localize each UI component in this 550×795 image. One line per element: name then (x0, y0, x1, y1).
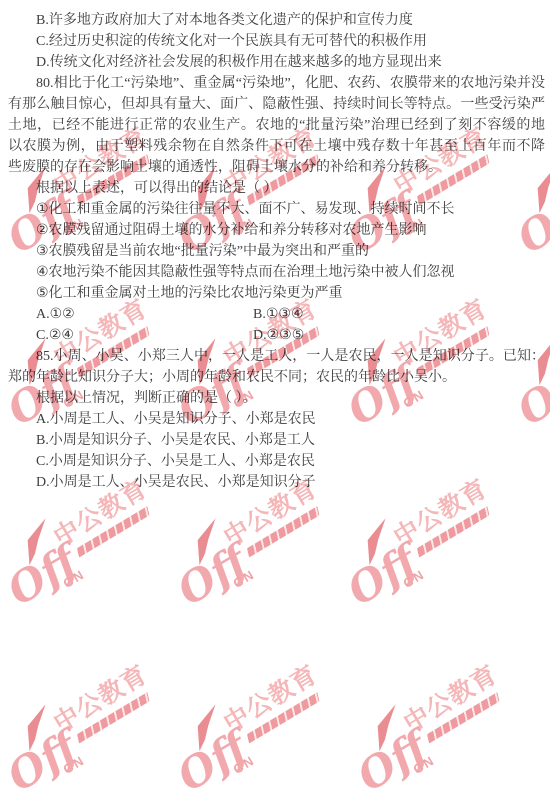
document-page: B.许多地方政府加大了对本地各类文化遗产的保护和宣传力度 C.经过历史积淀的传统… (0, 0, 550, 795)
q80-option-b: B.①③④ (253, 304, 545, 325)
offcn-cn-label: CN (401, 567, 427, 590)
wing-icon (353, 518, 402, 565)
q80-stem-line-3: 土地，已经不能进行正常的农业生产。农地的“批量污染”治理已经到了刻不容缓的地步。 (0, 115, 550, 136)
q80-stem-line-1: 80.相比于化工“污染地”、重金属“污染地”，化肥、农药、农膜带来的农地污染并没 (0, 73, 550, 94)
wing-icon (183, 704, 232, 751)
wing-icon (183, 518, 232, 565)
offcn-cn-label: CN (231, 753, 257, 776)
wing-icon (363, 704, 412, 751)
q80-statement-1: ①化工和重金属的污染往往量不大、面不广、易发现、持续时间不长 (0, 199, 550, 220)
q80-stem-line-5: 些废膜的存在会影响土壤的通透性，阻碍土壤水分的补给和养分转移。 (0, 157, 550, 178)
offcn-wordmark-cjk: 中公教育 (220, 662, 322, 737)
offcn-script-logo: Off (1, 540, 84, 613)
offcn-cn-label: CN (61, 567, 87, 590)
offcn-watermark: OffCN中公教育 (0, 492, 170, 602)
q85-option-b: B.小周是知识分子、小吴是农民、小郑是工人 (0, 430, 550, 451)
text-content: B.许多地方政府加大了对本地各类文化遗产的保护和宣传力度 C.经过历史积淀的传统… (0, 10, 550, 493)
q85-prompt-line: 根据以上情况，判断正确的是（ ）。 (0, 388, 550, 409)
q85-stem-line-1: 85.小周、小吴、小郑三人中，一人是工人，一人是农民，一人是知识分子。已知：小 (0, 346, 550, 367)
q80-statement-2: ②农膜残留通过阻碍土壤的水分补给和养分转移对农地产生影响 (0, 220, 550, 241)
wing-icon (13, 704, 62, 751)
q80-prompt-line: 根据以上表述，可以得出的结论是（ ） (0, 178, 550, 199)
offcn-script-logo: Off (341, 540, 424, 613)
q80-stem-line-2: 有那么触目惊心，但却具有量大、面广、隐蔽性强、持续时间长等特点。一些受污染严重的 (0, 94, 550, 115)
offcn-slogan-ribbon (247, 506, 319, 557)
q80-statement-5: ⑤化工和重金属对土地的污染比农地污染更为严重 (0, 283, 550, 304)
q85-option-c: C.小周是知识分子、小吴是工人、小郑是农民 (0, 451, 550, 472)
offcn-slogan-ribbon (427, 692, 499, 743)
q85-option-d: D.小周是工人、小吴是农民、小郑是知识分子 (0, 472, 550, 493)
offcn-wordmark-cjk: 中公教育 (50, 662, 152, 737)
offcn-watermark: OffCN中公教育 (170, 678, 340, 788)
offcn-script-logo: Off (171, 540, 254, 613)
q79-option-b-line: B.许多地方政府加大了对本地各类文化遗产的保护和宣传力度 (0, 10, 550, 31)
q80-option-d: D.②③⑤ (253, 325, 545, 346)
q79-option-c-line: C.经过历史积淀的传统文化对一个民族具有无可替代的积极作用 (0, 31, 550, 52)
offcn-script-logo: Off (1, 726, 84, 795)
offcn-slogan-ribbon (417, 506, 489, 557)
q80-statement-4: ④农地污染不能因其隐蔽性强等特点而在治理土地污染中被人们忽视 (0, 262, 550, 283)
q80-option-c: C.②④ (36, 325, 253, 346)
q85-stem-line-2: 郑的年龄比知识分子大；小周的年龄和农民不同；农民的年龄比小吴小。 (0, 367, 550, 388)
offcn-script-logo: Off (351, 726, 434, 795)
offcn-cn-label: CN (61, 753, 87, 776)
q80-options-row-2: C.②④ D.②③⑤ (0, 325, 550, 346)
offcn-script-logo: Off (171, 726, 254, 795)
offcn-cn-label: CN (231, 567, 257, 590)
q80-options-row-1: A.①② B.①③④ (0, 304, 550, 325)
q80-statement-3: ③农膜残留是当前农地“批量污染”中最为突出和严重的 (0, 241, 550, 262)
q80-stem-line-4: 以农膜为例，由于塑料残余物在自然条件下可在土壤中残存数十年甚至上百年而不降解，这 (0, 136, 550, 157)
q80-option-a: A.①② (36, 304, 253, 325)
offcn-slogan-ribbon (77, 506, 149, 557)
offcn-slogan-ribbon (247, 692, 319, 743)
wing-icon (13, 518, 62, 565)
offcn-slogan-ribbon (77, 692, 149, 743)
offcn-cn-label: CN (411, 753, 437, 776)
offcn-watermark: OffCN中公教育 (0, 678, 170, 788)
offcn-watermark: OffCN中公教育 (350, 678, 520, 788)
offcn-watermark: OffCN中公教育 (340, 492, 510, 602)
offcn-watermark: OffCN中公教育 (170, 492, 340, 602)
q85-option-a: A.小周是工人、小吴是知识分子、小郑是农民 (0, 409, 550, 430)
offcn-wordmark-cjk: 中公教育 (400, 662, 502, 737)
q79-option-d-line: D.传统文化对经济社会发展的积极作用在越来越多的地方显现出来 (0, 52, 550, 73)
